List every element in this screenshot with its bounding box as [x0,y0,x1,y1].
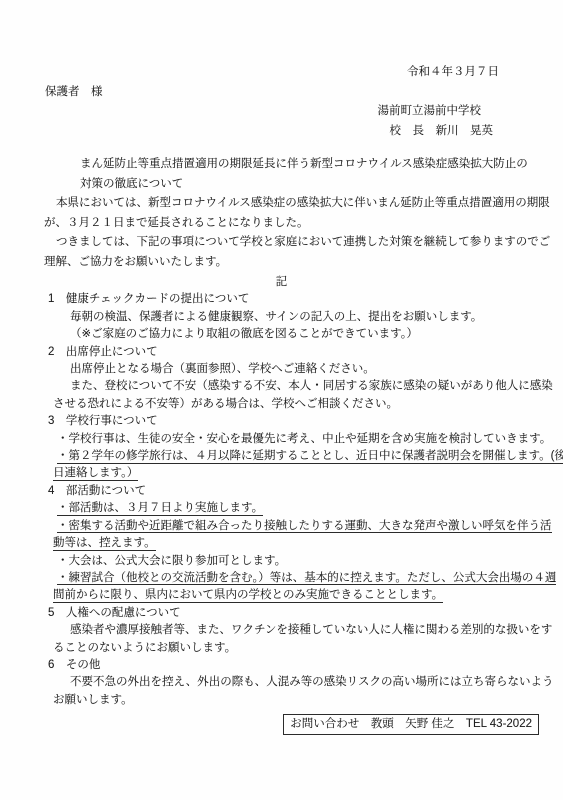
section-line: 感染者や濃厚接触者等、また、ワクチンを接種していない人に人権に関わる差別的な扱い… [42,622,539,639]
document-page: 令和４年３月７日 保護者 様 湯前町立湯前中学校 校 長 新川 晃英 まん延防止… [0,0,563,800]
intro-line: つきましては、下記の事項について学校と家庭において連携した対策を継続して参ります… [42,233,539,253]
date-line: 令和４年３月７日 [42,63,539,83]
section-line: させる恐れによる不安等）がある場合は、学校へご相談ください。 [42,396,539,413]
section-line: また、登校について不安（感染する不安、本人・同居する家族に感染の疑いがあり他人に… [42,378,539,395]
section-heading: 3 学校行事について [42,413,539,430]
section-heading: 1 健康チェックカードの提出について [42,291,539,308]
principal-name-line: 校 長 新川 晃英 [42,122,539,142]
section-heading: 5 人権への配慮について [42,605,539,622]
subject-line-1: まん延防止等重点措置適用の期限延長に伴う新型コロナウイルス感染症感染拡大防止の [42,155,539,175]
section-heading: 6 その他 [42,657,539,674]
section-line: ・密集する活動や近距離で組み合ったり接触したりする運動、大きな発声や激しい呼気を… [42,518,539,535]
letter-body-block: 記 1 健康チェックカードの提出について毎朝の検温、保護者による健康観察、サイン… [42,272,539,735]
intro-paragraphs: 本県においては、新型コロナウイルス感染症の感染拡大に伴いまん延防止等重点措置適用… [42,194,539,272]
section-line: 毎朝の検温、保護者による健康観察、サインの記入の上、提出をお願いします。 [42,309,539,326]
section-line: ・大会は、公式大会に限り参加可とします。 [42,553,539,570]
intro-line: 理解、ご協力をお願いいたします。 [42,253,539,273]
intro-line: 本県においては、新型コロナウイルス感染症の感染拡大に伴いまん延防止等重点措置適用… [42,194,539,214]
contact-box: お問い合わせ 教頭 矢野 佳之 TEL 43-2022 [283,714,539,735]
letter-header-block: 令和４年３月７日 保護者 様 湯前町立湯前中学校 校 長 新川 晃英 まん延防止… [42,63,539,272]
section-line: 不要不急の外出を控え、外出の際も、人混み等の感染リスクの高い場所には立ち寄らない… [42,674,539,691]
subject-line-2: 対策の徹底について [42,175,539,195]
numbered-sections: 1 健康チェックカードの提出について毎朝の検温、保護者による健康観察、サインの記… [42,291,539,709]
section-line: ・部活動は、３月７日より実施します。 [42,500,539,517]
ki-marker: 記 [42,274,539,291]
recipient-line: 保護者 様 [42,83,539,103]
school-name-line: 湯前町立湯前中学校 [42,102,539,122]
contact-row: お問い合わせ 教頭 矢野 佳之 TEL 43-2022 [42,714,539,735]
section-line: 動等は、控えます。 [42,535,539,552]
section-line: ・第２学年の修学旅行は、４月以降に延期することとし、近日中に保護者説明会を開催し… [42,448,539,465]
section-line: お願いします。 [42,692,539,709]
section-heading: 2 出席停止について [42,344,539,361]
section-line: 日連絡します。） [42,465,539,482]
section-heading: 4 部活動について [42,483,539,500]
section-line: ・学校行事は、生徒の安全・安心を最優先に考え、中止や延期を含め実施を検討していき… [42,431,539,448]
section-line: ることのないようにお願いします。 [42,640,539,657]
section-line: 間前からに限り、県内において県内の学校とのみ実施できることとします。 [42,587,539,604]
intro-line: が、３月２１日まで延長されることになりました。 [42,214,539,234]
section-line: 出席停止となる場合（裏面参照）、学校へご連絡ください。 [42,361,539,378]
spacer [42,141,539,155]
section-line: （※ご家庭のご協力により取組の徹底を図ることができています。） [42,326,539,343]
section-line: ・練習試合（他校との交流活動を含む。）等は、基本的に控えます。ただし、公式大会出… [42,570,539,587]
